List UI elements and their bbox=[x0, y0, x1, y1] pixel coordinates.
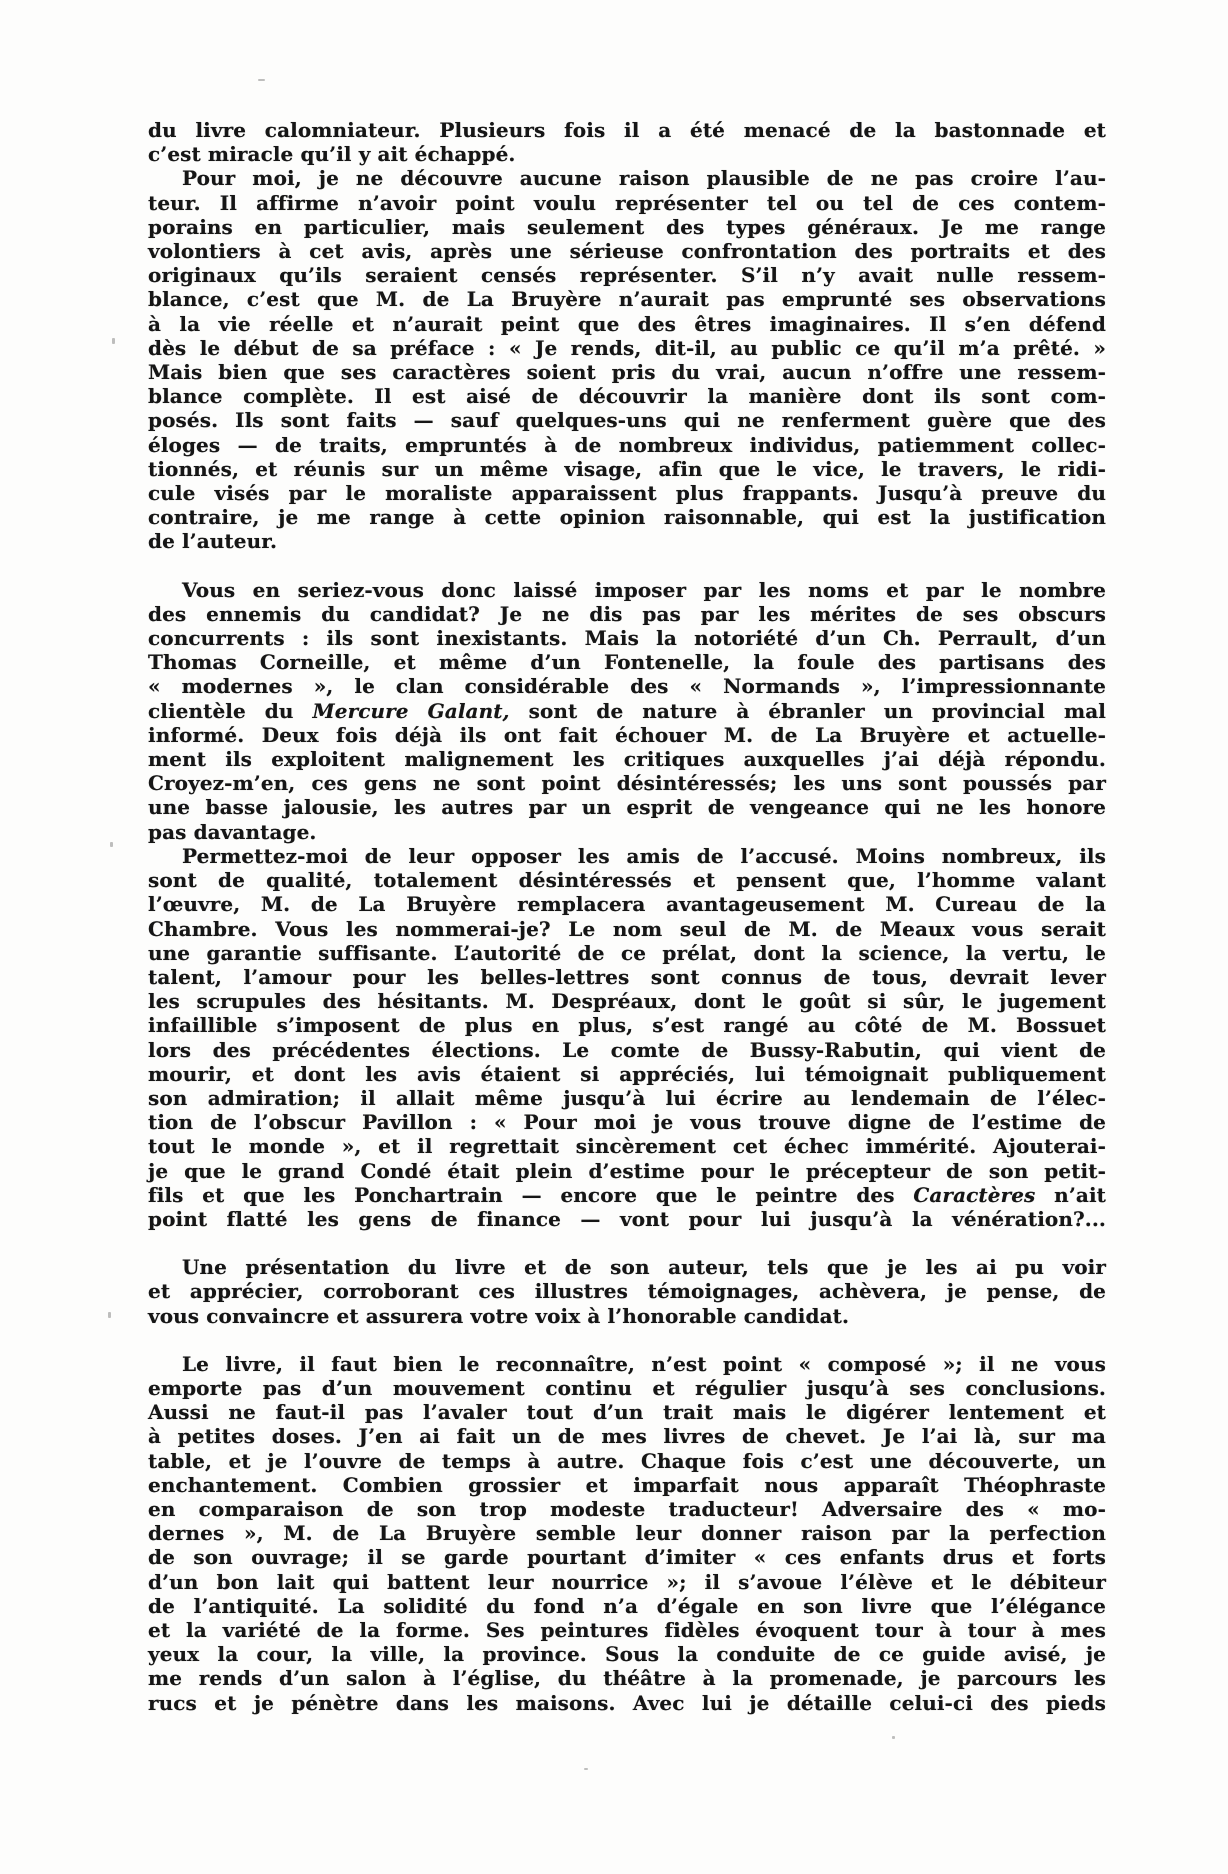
page-text: du livre calomniateur. Plusieurs fois il… bbox=[148, 118, 1106, 1715]
plain-text: n’ait bbox=[1035, 1183, 1106, 1207]
text-line: de son ouvrage; il se garde pourtant d’i… bbox=[148, 1545, 1106, 1569]
text-line: originaux qu’ils seraient censés représe… bbox=[148, 263, 1106, 287]
text-line: Pour moi, je ne découvre aucune raison p… bbox=[148, 166, 1106, 190]
scan-speck bbox=[258, 79, 265, 81]
text-line: emporte pas d’un mouvement continu et ré… bbox=[148, 1376, 1106, 1400]
text-line: une basse jalousie, les autres par un es… bbox=[148, 795, 1106, 819]
text-line: Permettez-moi de leur opposer les amis d… bbox=[148, 844, 1106, 868]
scan-speck bbox=[108, 1312, 111, 1318]
text-line: point flatté les gens de finance — vont … bbox=[148, 1207, 1106, 1231]
text-line: lors des précédentes élections. Le comte… bbox=[148, 1038, 1106, 1062]
text-line: à la vie réelle et n’aurait peint que de… bbox=[148, 312, 1106, 336]
text-line: de l’antiquité. La solidité du fond n’a … bbox=[148, 1594, 1106, 1618]
text-line: posés. Ils sont faits — sauf quelques-un… bbox=[148, 408, 1106, 432]
paragraph: Vous en seriez-vous donc laissé imposer … bbox=[148, 578, 1106, 844]
text-line: d’un bon lait qui battent leur nourrice … bbox=[148, 1570, 1106, 1594]
text-line: contraire, je me range à cette opinion r… bbox=[148, 505, 1106, 529]
text-line: rucs et je pénètre dans les maisons. Ave… bbox=[148, 1691, 1106, 1715]
text-line: tion de l’obscur Pavillon : « Pour moi j… bbox=[148, 1110, 1106, 1134]
paragraph: Pour moi, je ne découvre aucune raison p… bbox=[148, 166, 1106, 553]
scan-speck bbox=[584, 1768, 588, 1770]
scan-speck bbox=[112, 338, 115, 344]
text-line: yeux la cour, la ville, la province. Sou… bbox=[148, 1642, 1106, 1666]
paragraph: Le livre, il faut bien le reconnaître, n… bbox=[148, 1352, 1106, 1715]
plain-text: clientèle du bbox=[148, 699, 313, 723]
text-line: Une présentation du livre et de son aute… bbox=[148, 1255, 1106, 1279]
text-line: c’est miracle qu’il y ait échappé. bbox=[148, 142, 1106, 166]
paragraph: du livre calomniateur. Plusieurs fois il… bbox=[148, 118, 1106, 166]
text-line: je que le grand Condé était plein d’esti… bbox=[148, 1159, 1106, 1183]
text-line: concurrents : ils sont inexistants. Mais… bbox=[148, 626, 1106, 650]
plain-text: fils et que les Ponchartrain — encore qu… bbox=[148, 1183, 913, 1207]
text-line: son admiration; il allait même jusqu’à l… bbox=[148, 1086, 1106, 1110]
text-line: Le livre, il faut bien le reconnaître, n… bbox=[148, 1352, 1106, 1376]
text-line: les scrupules des hésitants. M. Despréau… bbox=[148, 989, 1106, 1013]
text-line: clientèle du Mercure Galant, sont de nat… bbox=[148, 699, 1106, 723]
book-page: du livre calomniateur. Plusieurs fois il… bbox=[0, 0, 1228, 1874]
text-line: et apprécier, corroborant ces illustres … bbox=[148, 1279, 1106, 1303]
text-line: cule visés par le moraliste apparaissent… bbox=[148, 481, 1106, 505]
text-line: sont de qualité, totalement désintéressé… bbox=[148, 868, 1106, 892]
plain-text: sont de nature à ébranler un provincial … bbox=[510, 699, 1106, 723]
text-line: volontiers à cet avis, après une sérieus… bbox=[148, 239, 1106, 263]
text-line: vous convaincre et assurera votre voix à… bbox=[148, 1304, 1106, 1328]
text-line: Vous en seriez-vous donc laissé imposer … bbox=[148, 578, 1106, 602]
text-line: Mais bien que ses caractères soient pris… bbox=[148, 360, 1106, 384]
text-line: une garantie suffisante. L’autorité de c… bbox=[148, 941, 1106, 965]
text-line: Croyez-m’en, ces gens ne sont point dési… bbox=[148, 771, 1106, 795]
text-line: tout le monde », et il regrettait sincèr… bbox=[148, 1134, 1106, 1158]
text-line: Aussi ne faut-il pas l’avaler tout d’un … bbox=[148, 1400, 1106, 1424]
text-line: me rends d’un salon à l’église, du théât… bbox=[148, 1666, 1106, 1690]
text-line: pas davantage. bbox=[148, 820, 1106, 844]
scan-speck bbox=[110, 842, 113, 847]
paragraph: Permettez-moi de leur opposer les amis d… bbox=[148, 844, 1106, 1231]
text-line: à petites doses. J’en ai fait un de mes … bbox=[148, 1424, 1106, 1448]
text-line: blance, c’est que M. de La Bruyère n’aur… bbox=[148, 287, 1106, 311]
text-line: talent, l’amour pour les belles-lettres … bbox=[148, 965, 1106, 989]
text-line: fils et que les Ponchartrain — encore qu… bbox=[148, 1183, 1106, 1207]
text-line: du livre calomniateur. Plusieurs fois il… bbox=[148, 118, 1106, 142]
text-line: informé. Deux fois déjà ils ont fait éch… bbox=[148, 723, 1106, 747]
text-line: Chambre. Vous les nommerai-je? Le nom se… bbox=[148, 917, 1106, 941]
text-line: des ennemis du candidat? Je ne dis pas p… bbox=[148, 602, 1106, 626]
text-line: teur. Il affirme n’avoir point voulu rep… bbox=[148, 191, 1106, 215]
text-line: enchantement. Combien grossier et imparf… bbox=[148, 1473, 1106, 1497]
text-line: porains en particulier, mais seulement d… bbox=[148, 215, 1106, 239]
italic-text: Caractères bbox=[913, 1183, 1035, 1207]
text-line: infaillible s’imposent de plus en plus, … bbox=[148, 1013, 1106, 1037]
text-line: de l’auteur. bbox=[148, 529, 1106, 553]
text-line: « modernes », le clan considérable des «… bbox=[148, 674, 1106, 698]
text-line: blance complète. Il est aisé de découvri… bbox=[148, 384, 1106, 408]
text-line: et la variété de la forme. Ses peintures… bbox=[148, 1618, 1106, 1642]
text-line: dernes », M. de La Bruyère semble leur d… bbox=[148, 1521, 1106, 1545]
text-line: éloges — de traits, empruntés à de nombr… bbox=[148, 433, 1106, 457]
paragraph: Une présentation du livre et de son aute… bbox=[148, 1255, 1106, 1328]
text-line: l’œuvre, M. de La Bruyère remplacera ava… bbox=[148, 892, 1106, 916]
text-line: Thomas Corneille, et même d’un Fontenell… bbox=[148, 650, 1106, 674]
text-line: ment ils exploitent malignement les crit… bbox=[148, 747, 1106, 771]
italic-text: Mercure Galant, bbox=[313, 699, 510, 723]
text-line: en comparaison de son trop modeste tradu… bbox=[148, 1497, 1106, 1521]
text-line: table, et je l’ouvre de temps à autre. C… bbox=[148, 1449, 1106, 1473]
scan-speck bbox=[892, 1736, 895, 1739]
text-line: tionnés, et réunis sur un même visage, a… bbox=[148, 457, 1106, 481]
text-line: dès le début de sa préface : « Je rends,… bbox=[148, 336, 1106, 360]
text-line: mourir, et dont les avis étaient si appr… bbox=[148, 1062, 1106, 1086]
